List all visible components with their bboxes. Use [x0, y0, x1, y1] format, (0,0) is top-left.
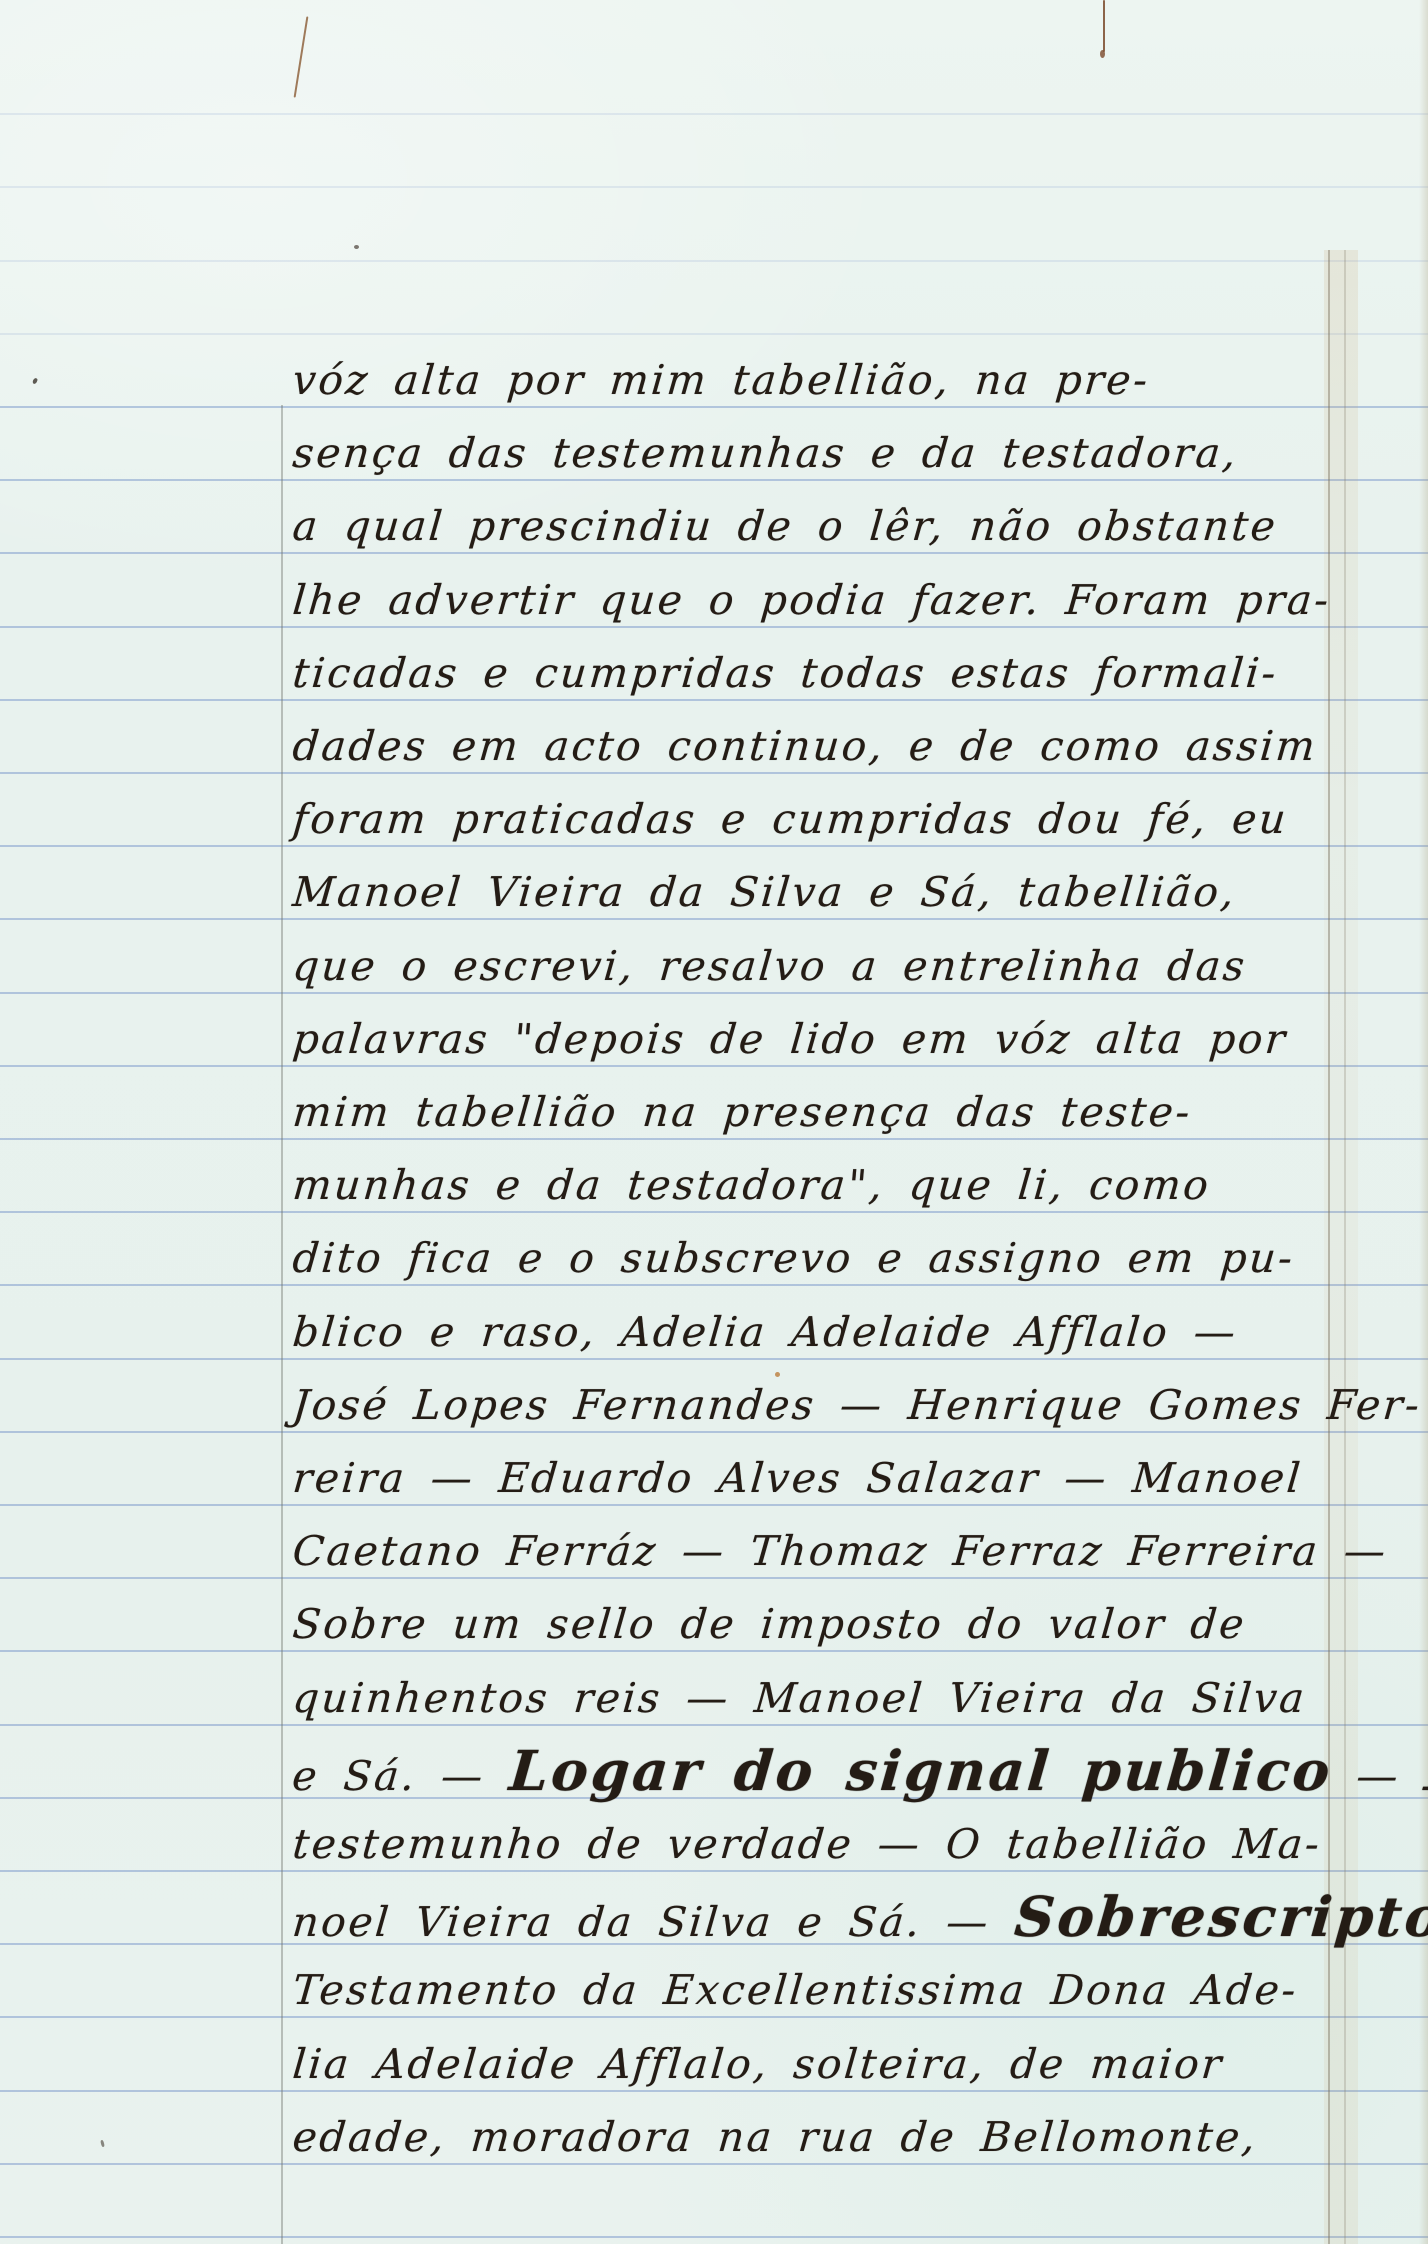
manuscript-line: Sobre um sello de imposto do valor de — [290, 1591, 1249, 1657]
manuscript-line: vóz alta por mim tabellião, na pre- — [290, 347, 1153, 413]
manuscript-line: Caetano Ferráz — Thomaz Ferraz Ferreira … — [290, 1518, 1390, 1584]
text-run: noel Vieira da Silva e Sá. — — [290, 1898, 1016, 1946]
text-run: quinhentos reis — Manoel Vieira da Silva — [291, 1674, 1309, 1722]
text-run: mim tabellião na presença das teste- — [291, 1088, 1194, 1136]
text-run: munhas e da testadora", que li, como — [291, 1161, 1213, 1209]
text-run: reira — Eduardo Alves Salazar — Manoel — [291, 1454, 1305, 1502]
manuscript-line: reira — Eduardo Alves Salazar — Manoel — [290, 1445, 1305, 1511]
text-run: testemunho de verdade — O tabellião Ma- — [291, 1820, 1324, 1868]
text-run: e Sá. — — [290, 1752, 511, 1800]
manuscript-line: a qual prescindiu de o lêr, não obstante — [290, 493, 1280, 559]
manuscript-line: ticadas e cumpridas todas estas formali- — [290, 640, 1281, 706]
manuscript-line: lhe advertir que o podia fazer. Foram pr… — [290, 567, 1334, 633]
text-run: Manoel Vieira da Silva e Sá, tabellião, — [291, 868, 1239, 916]
text-run: palavras "depois de lido em vóz alta por — [291, 1015, 1290, 1063]
manuscript-line: Testamento da Excellentissima Dona Ade- — [290, 1957, 1301, 2023]
manuscript-line: que o escrevi, resalvo a entrelinha das — [290, 933, 1249, 999]
manuscript-line: lia Adelaide Afflalo, solteira, de maior — [290, 2031, 1227, 2097]
manuscript-line: sença das testemunhas e da testadora, — [290, 420, 1241, 486]
text-run: Testamento da Excellentissima Dona Ade- — [291, 1966, 1300, 2014]
display-text-run: Logar do signal publico — [507, 1738, 1335, 1803]
text-run: edade, moradora na rua de Bellomonte, — [291, 2113, 1260, 2161]
manuscript-line: Manoel Vieira da Silva e Sá, tabellião, — [290, 859, 1239, 925]
text-run: — — [1330, 1752, 1427, 1800]
text-run: a qual prescindiu de o lêr, não obstante — [291, 502, 1280, 550]
text-run: vóz alta por mim tabellião, na pre- — [291, 356, 1152, 404]
manuscript-line: edade, moradora na rua de Bellomonte, — [290, 2104, 1260, 2170]
manuscript-line: José Lopes Fernandes — Henrique Gomes Fe… — [290, 1372, 1424, 1438]
manuscript-line: noel Vieira da Silva e Sá. — Sobrescript… — [290, 1884, 1428, 1950]
manuscript-line: dito fica e o subscrevo e assigno em pu- — [290, 1225, 1297, 1291]
manuscript-line: quinhentos reis — Manoel Vieira da Silva — [290, 1665, 1309, 1731]
text-run: foram praticadas e cumpridas dou fé, eu — [291, 795, 1290, 843]
text-run: sença das testemunhas e da testadora, — [291, 429, 1240, 477]
manuscript-line: dades em acto continuo, e de como assim — [290, 713, 1320, 779]
text-run: que o escrevi, resalvo a entrelinha das — [291, 942, 1249, 990]
manuscript-line: mim tabellião na presença das teste- — [290, 1079, 1195, 1145]
text-run: José Lopes Fernandes — Henrique Gomes Fe… — [291, 1381, 1424, 1429]
manuscript-line: e Sá. — Logar do signal publico — Em — [290, 1738, 1428, 1804]
manuscript-line: foram praticadas e cumpridas dou fé, eu — [290, 786, 1291, 852]
handwritten-text: vóz alta por mim tabellião, na pre-sença… — [0, 0, 1428, 2244]
manuscript-line: blico e raso, Adelia Adelaide Afflalo — — [290, 1299, 1240, 1365]
text-run: Caetano Ferráz — Thomaz Ferraz Ferreira … — [291, 1527, 1390, 1575]
text-run: dito fica e o subscrevo e assigno em pu- — [291, 1234, 1297, 1282]
text-run: lhe advertir que o podia fazer. Foram pr… — [291, 576, 1333, 624]
text-run: ticadas e cumpridas todas estas formali- — [291, 649, 1280, 697]
manuscript-line: palavras "depois de lido em vóz alta por — [290, 1006, 1290, 1072]
manuscript-line: munhas e da testadora", que li, como — [290, 1152, 1213, 1218]
manuscript-page: vóz alta por mim tabellião, na pre-sença… — [0, 0, 1428, 2244]
display-text-run: Sobrescripto — [1012, 1884, 1428, 1949]
text-run: dades em acto continuo, e de como assim — [291, 722, 1320, 770]
text-run: lia Adelaide Afflalo, solteira, de maior — [291, 2040, 1226, 2088]
manuscript-line: testemunho de verdade — O tabellião Ma- — [290, 1811, 1324, 1877]
text-run: blico e raso, Adelia Adelaide Afflalo — — [291, 1308, 1240, 1356]
text-run: Sobre um sello de imposto do valor de — [291, 1600, 1248, 1648]
